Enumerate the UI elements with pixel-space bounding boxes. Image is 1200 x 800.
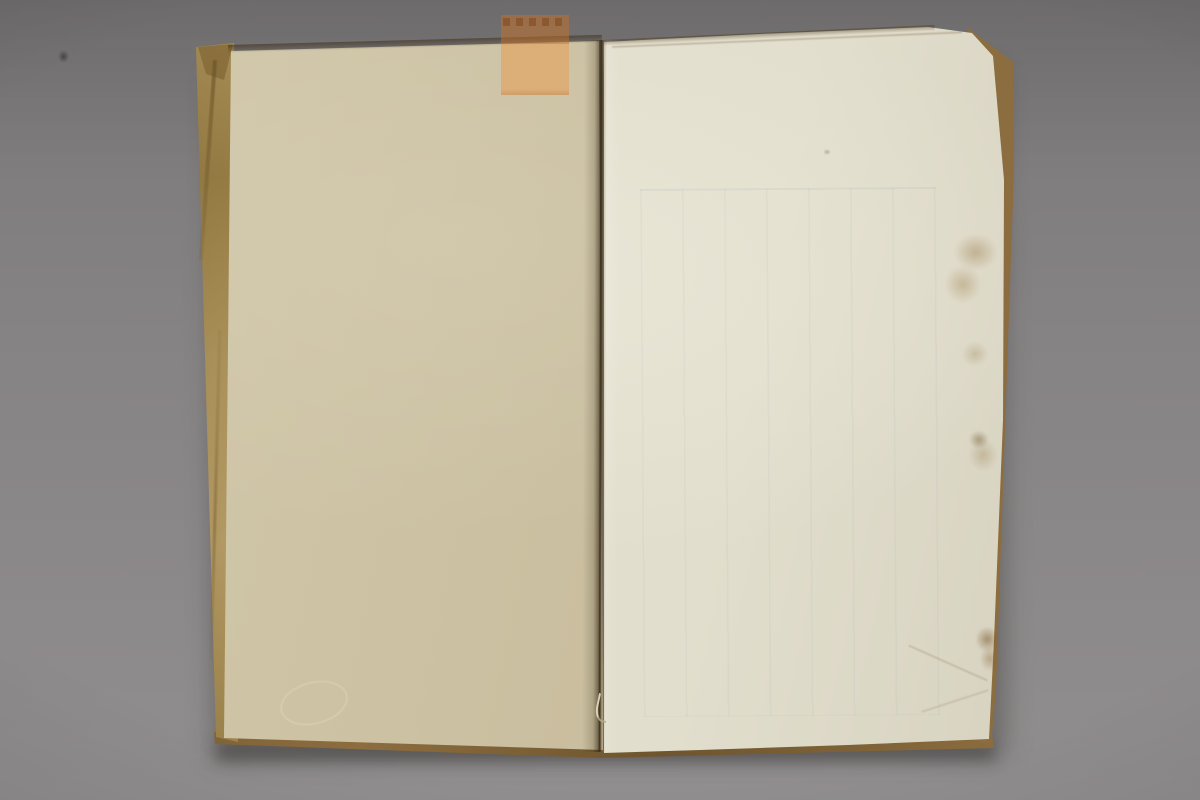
tape-over-backdrop <box>501 15 569 44</box>
tape-repair <box>501 15 569 95</box>
ruled-grid-bleed-through <box>640 187 940 717</box>
fore-edge-stain <box>960 424 1002 476</box>
tape-over-page <box>501 44 569 95</box>
photo-scene <box>0 0 1200 800</box>
fore-edge-stain <box>936 234 1000 304</box>
page-speck <box>822 148 832 156</box>
fore-edge-stain <box>970 622 1006 676</box>
fore-edge-stain <box>958 338 992 370</box>
backdrop-spot <box>56 48 71 65</box>
spine-gutter <box>582 40 620 752</box>
tape-serration <box>503 18 567 26</box>
